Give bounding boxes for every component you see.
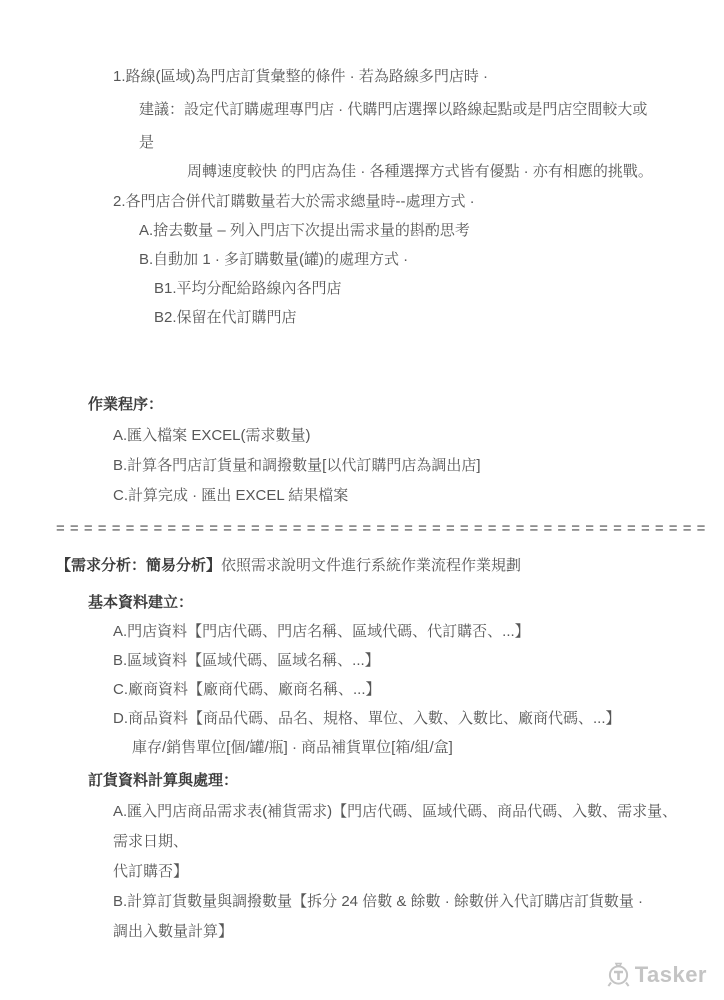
doc-line: 是	[56, 128, 686, 157]
doc-line: 需求日期、	[56, 827, 686, 856]
doc-line: C.計算完成 · 匯出 EXCEL 結果檔案	[56, 481, 686, 510]
doc-line: B.區域資料【區域代碼、區域名稱、...】	[56, 646, 686, 675]
doc-line: A.匯入檔案 EXCEL(需求數量)	[56, 421, 686, 450]
doc-line: B.計算訂貨數量與調撥數量【拆分 24 倍數 & 餘數 · 餘數併入代訂購店訂貨…	[56, 887, 686, 916]
doc-line-part: 【需求分析：簡易分析】	[56, 557, 221, 574]
doc-line: 1.路線(區域)為門店訂貨彙整的條件 · 若為路線多門店時 ·	[56, 62, 686, 91]
tasker-logo-icon	[605, 961, 632, 989]
doc-line: A.匯入門店商品需求表(補貨需求)【門店代碼、區域代碼、商品代碼、入數、需求量、	[56, 797, 686, 826]
section-heading-basic-data: 基本資料建立：	[56, 588, 686, 617]
tasker-brand-text: Tasker	[635, 962, 707, 988]
document-page: 1.路線(區域)為門店訂貨彙整的條件 · 若為路線多門店時 ·建議：設定代訂購處…	[0, 0, 724, 1000]
separator-line: = = = = = = = = = = = = = = = = = = = = …	[56, 514, 686, 543]
doc-line: B.自動加 1 · 多訂購數量(罐)的處理方式 ·	[56, 245, 686, 274]
doc-line: 周轉速度較快 的門店為佳 · 各種選擇方式皆有優點 · 亦有相應的挑戰。	[56, 157, 686, 186]
doc-line: B1.平均分配給路線內各門店	[56, 274, 686, 303]
tasker-watermark: Tasker	[605, 961, 707, 989]
doc-line: 2.各門店合併代訂購數量若大於需求總量時--處理方式 ·	[56, 187, 686, 216]
doc-line: B.計算各門店訂貨量和調撥數量[以代訂購門店為調出店]	[56, 451, 686, 480]
document-body: 1.路線(區域)為門店訂貨彙整的條件 · 若為路線多門店時 ·建議：設定代訂購處…	[0, 0, 724, 946]
section-heading-work-procedure: 作業程序：	[56, 390, 686, 419]
doc-line: A.捨去數量 – 列入門店下次提出需求量的斟酌思考	[56, 216, 686, 245]
doc-line: D.商品資料【商品代碼、品名、規格、單位、入數、入數比、廠商代碼、...】	[56, 704, 686, 733]
doc-line: 庫存/銷售單位[個/罐/瓶] · 商品補貨單位[箱/組/盒]	[56, 733, 686, 762]
section-heading-order-data-processing: 訂貨資料計算與處理：	[56, 766, 686, 795]
doc-line: B2.保留在代訂購門店	[56, 303, 686, 332]
doc-line: 調出入數量計算】	[56, 917, 686, 946]
doc-line: 代訂購否】	[56, 857, 686, 886]
doc-line: C.廠商資料【廠商代碼、廠商名稱、...】	[56, 675, 686, 704]
doc-line-part: 依照需求說明文件進行系統作業流程作業規劃	[221, 557, 521, 574]
section-heading-requirement-analysis: 【需求分析：簡易分析】依照需求說明文件進行系統作業流程作業規劃	[56, 551, 686, 580]
doc-line: 建議：設定代訂購處理專門店 · 代購門店選擇以路線起點或是門店空間較大或	[56, 95, 686, 124]
doc-line: A.門店資料【門店代碼、門店名稱、區域代碼、代訂購否、...】	[56, 617, 686, 646]
